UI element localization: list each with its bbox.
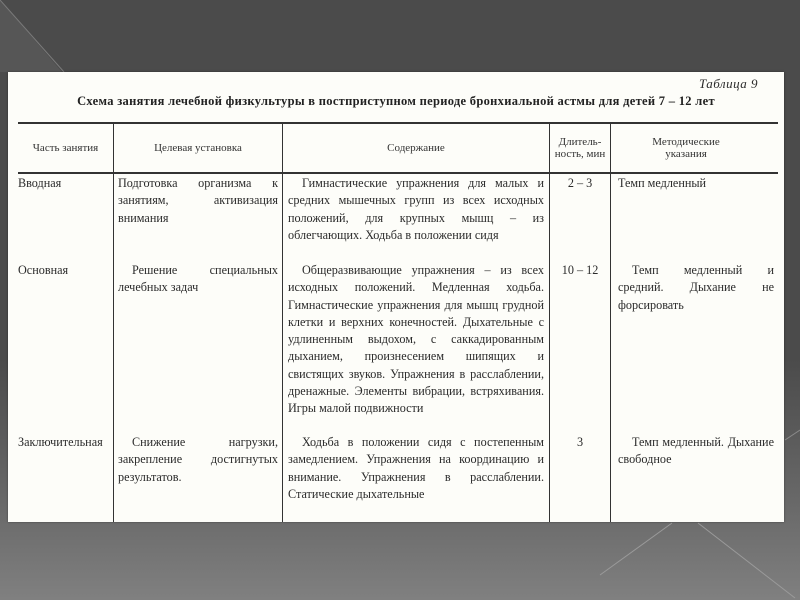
column-header-duration: Длитель- ность, мин bbox=[550, 124, 610, 172]
column-divider bbox=[113, 122, 114, 522]
row-3-notes: Темп медленный. Дыхание свободное bbox=[618, 434, 774, 469]
row-1-content: Гимнастические упражнения для малых и ср… bbox=[288, 175, 544, 244]
column-divider bbox=[610, 122, 611, 522]
row-3-content: Ходьба в положении сидя с постепенным за… bbox=[288, 434, 544, 503]
column-header-content: Содержание bbox=[283, 124, 549, 172]
row-2-part: Основная bbox=[18, 262, 110, 279]
row-2-notes: Темп медленный и средний. Дыхание не фор… bbox=[618, 262, 774, 314]
row-1-goal: Подготовка организма к занятиям, активиз… bbox=[118, 175, 278, 227]
row-2-content: Общеразвивающие упражнения – из всех исх… bbox=[288, 262, 544, 418]
header-bottom-rule bbox=[18, 172, 778, 174]
column-header-part: Часть занятия bbox=[18, 124, 113, 172]
row-1-part: Вводная bbox=[18, 175, 110, 192]
table-title: Схема занятия лечебной физкультуры в пос… bbox=[8, 94, 784, 109]
row-2-duration: 10 – 12 bbox=[550, 262, 610, 279]
table-number: Таблица 9 bbox=[699, 76, 758, 92]
scanned-table-page: Таблица 9 Схема занятия лечебной физкуль… bbox=[8, 72, 784, 522]
row-3-duration: 3 bbox=[550, 434, 610, 451]
column-divider bbox=[282, 122, 283, 522]
row-3-part: Заключительная bbox=[18, 434, 106, 451]
row-1-duration: 2 – 3 bbox=[550, 175, 610, 192]
column-header-goal: Целевая установка bbox=[114, 124, 282, 172]
row-3-goal: Снижение нагрузки, закрепление достигнут… bbox=[118, 434, 278, 486]
row-2-goal: Решение специальных лечебных задач bbox=[118, 262, 278, 297]
row-1-notes: Темп медленный bbox=[618, 175, 774, 192]
column-header-notes: Методические указания bbox=[631, 124, 741, 172]
